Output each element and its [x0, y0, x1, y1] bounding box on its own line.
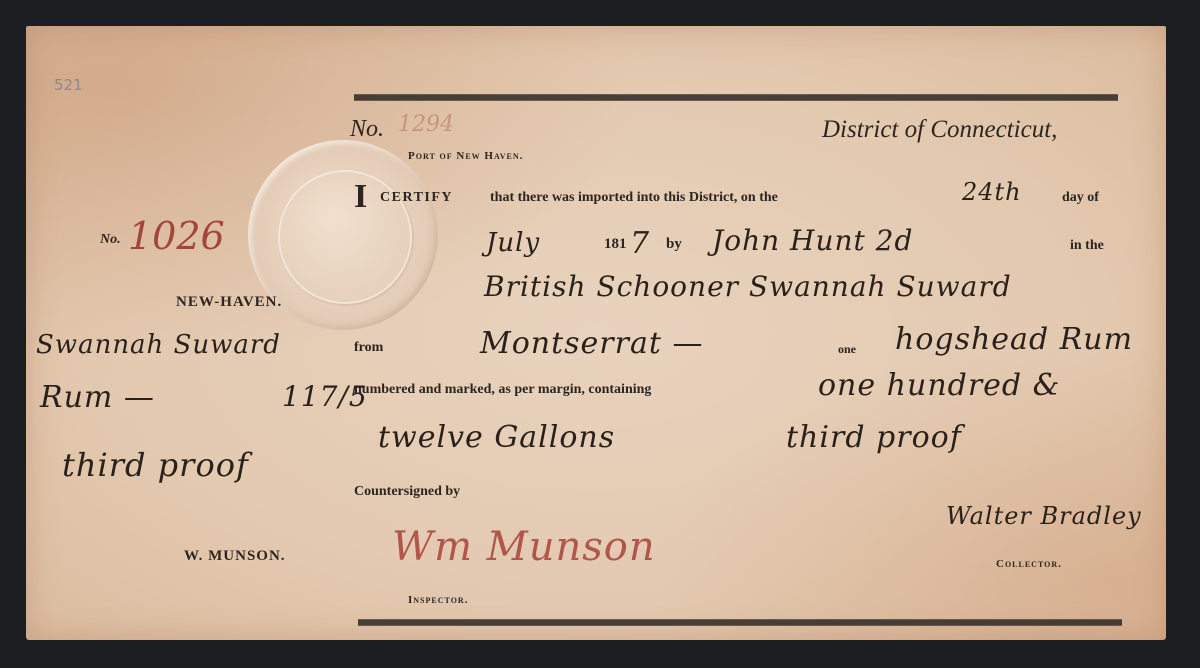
- vessel-name: British Schooner Swannah Suward: [484, 270, 1012, 303]
- stub-margin-line1: Swannah Suward: [36, 330, 281, 360]
- importer-name: John Hunt 2d: [712, 224, 913, 257]
- quantity-line2: twelve Gallons: [378, 420, 615, 455]
- stub-margin-line2-left: Rum —: [40, 380, 155, 415]
- day-suffix: day of: [1062, 190, 1099, 206]
- stub-inspector-name: W. MUNSON.: [184, 548, 286, 565]
- stub-port: NEW-HAVEN.: [176, 294, 282, 311]
- certify-initial: I: [354, 180, 367, 214]
- day-value: 24th: [962, 178, 1022, 206]
- in-the-label: in the: [1070, 238, 1104, 254]
- inspector-signature: Wm Munson: [392, 524, 656, 570]
- port-label: Port of New Haven.: [408, 150, 523, 162]
- collector-label: Collector.: [996, 558, 1062, 570]
- countersigned-label: Countersigned by: [354, 484, 460, 500]
- top-rule: [354, 94, 1118, 101]
- cert-no-value: 1294: [398, 112, 454, 137]
- cargo-description: hogshead Rum: [895, 322, 1133, 357]
- quantity-line1: one hundred &: [818, 368, 1060, 403]
- district-title: District of Connecticut,: [822, 116, 1057, 144]
- collector-signature: Walter Bradley: [946, 502, 1142, 530]
- by-label: by: [666, 236, 682, 253]
- year-digit: 7: [630, 226, 650, 261]
- one-label: one: [838, 342, 856, 357]
- stub-margin-line2-right: 117/5: [282, 380, 368, 413]
- certify-word: CERTIFY: [380, 190, 453, 206]
- numbered-text: numbered and marked, as per margin, cont…: [354, 382, 651, 398]
- stub-margin-line3: third proof: [62, 446, 249, 484]
- inspector-label: Inspector.: [408, 594, 468, 606]
- cert-no-label: No.: [350, 116, 384, 143]
- bottom-rule: [358, 619, 1122, 626]
- stub-no-label: No.: [100, 232, 121, 248]
- proof-grade: third proof: [786, 420, 962, 455]
- stub-no-value: 1026: [128, 214, 225, 258]
- from-label: from: [354, 340, 383, 356]
- certify-text: that there was imported into this Distri…: [490, 190, 778, 206]
- month-value: July: [486, 228, 540, 258]
- origin-port: Montserrat —: [480, 326, 703, 361]
- year-printed: 181: [604, 236, 627, 253]
- pencil-note: 521: [54, 76, 83, 94]
